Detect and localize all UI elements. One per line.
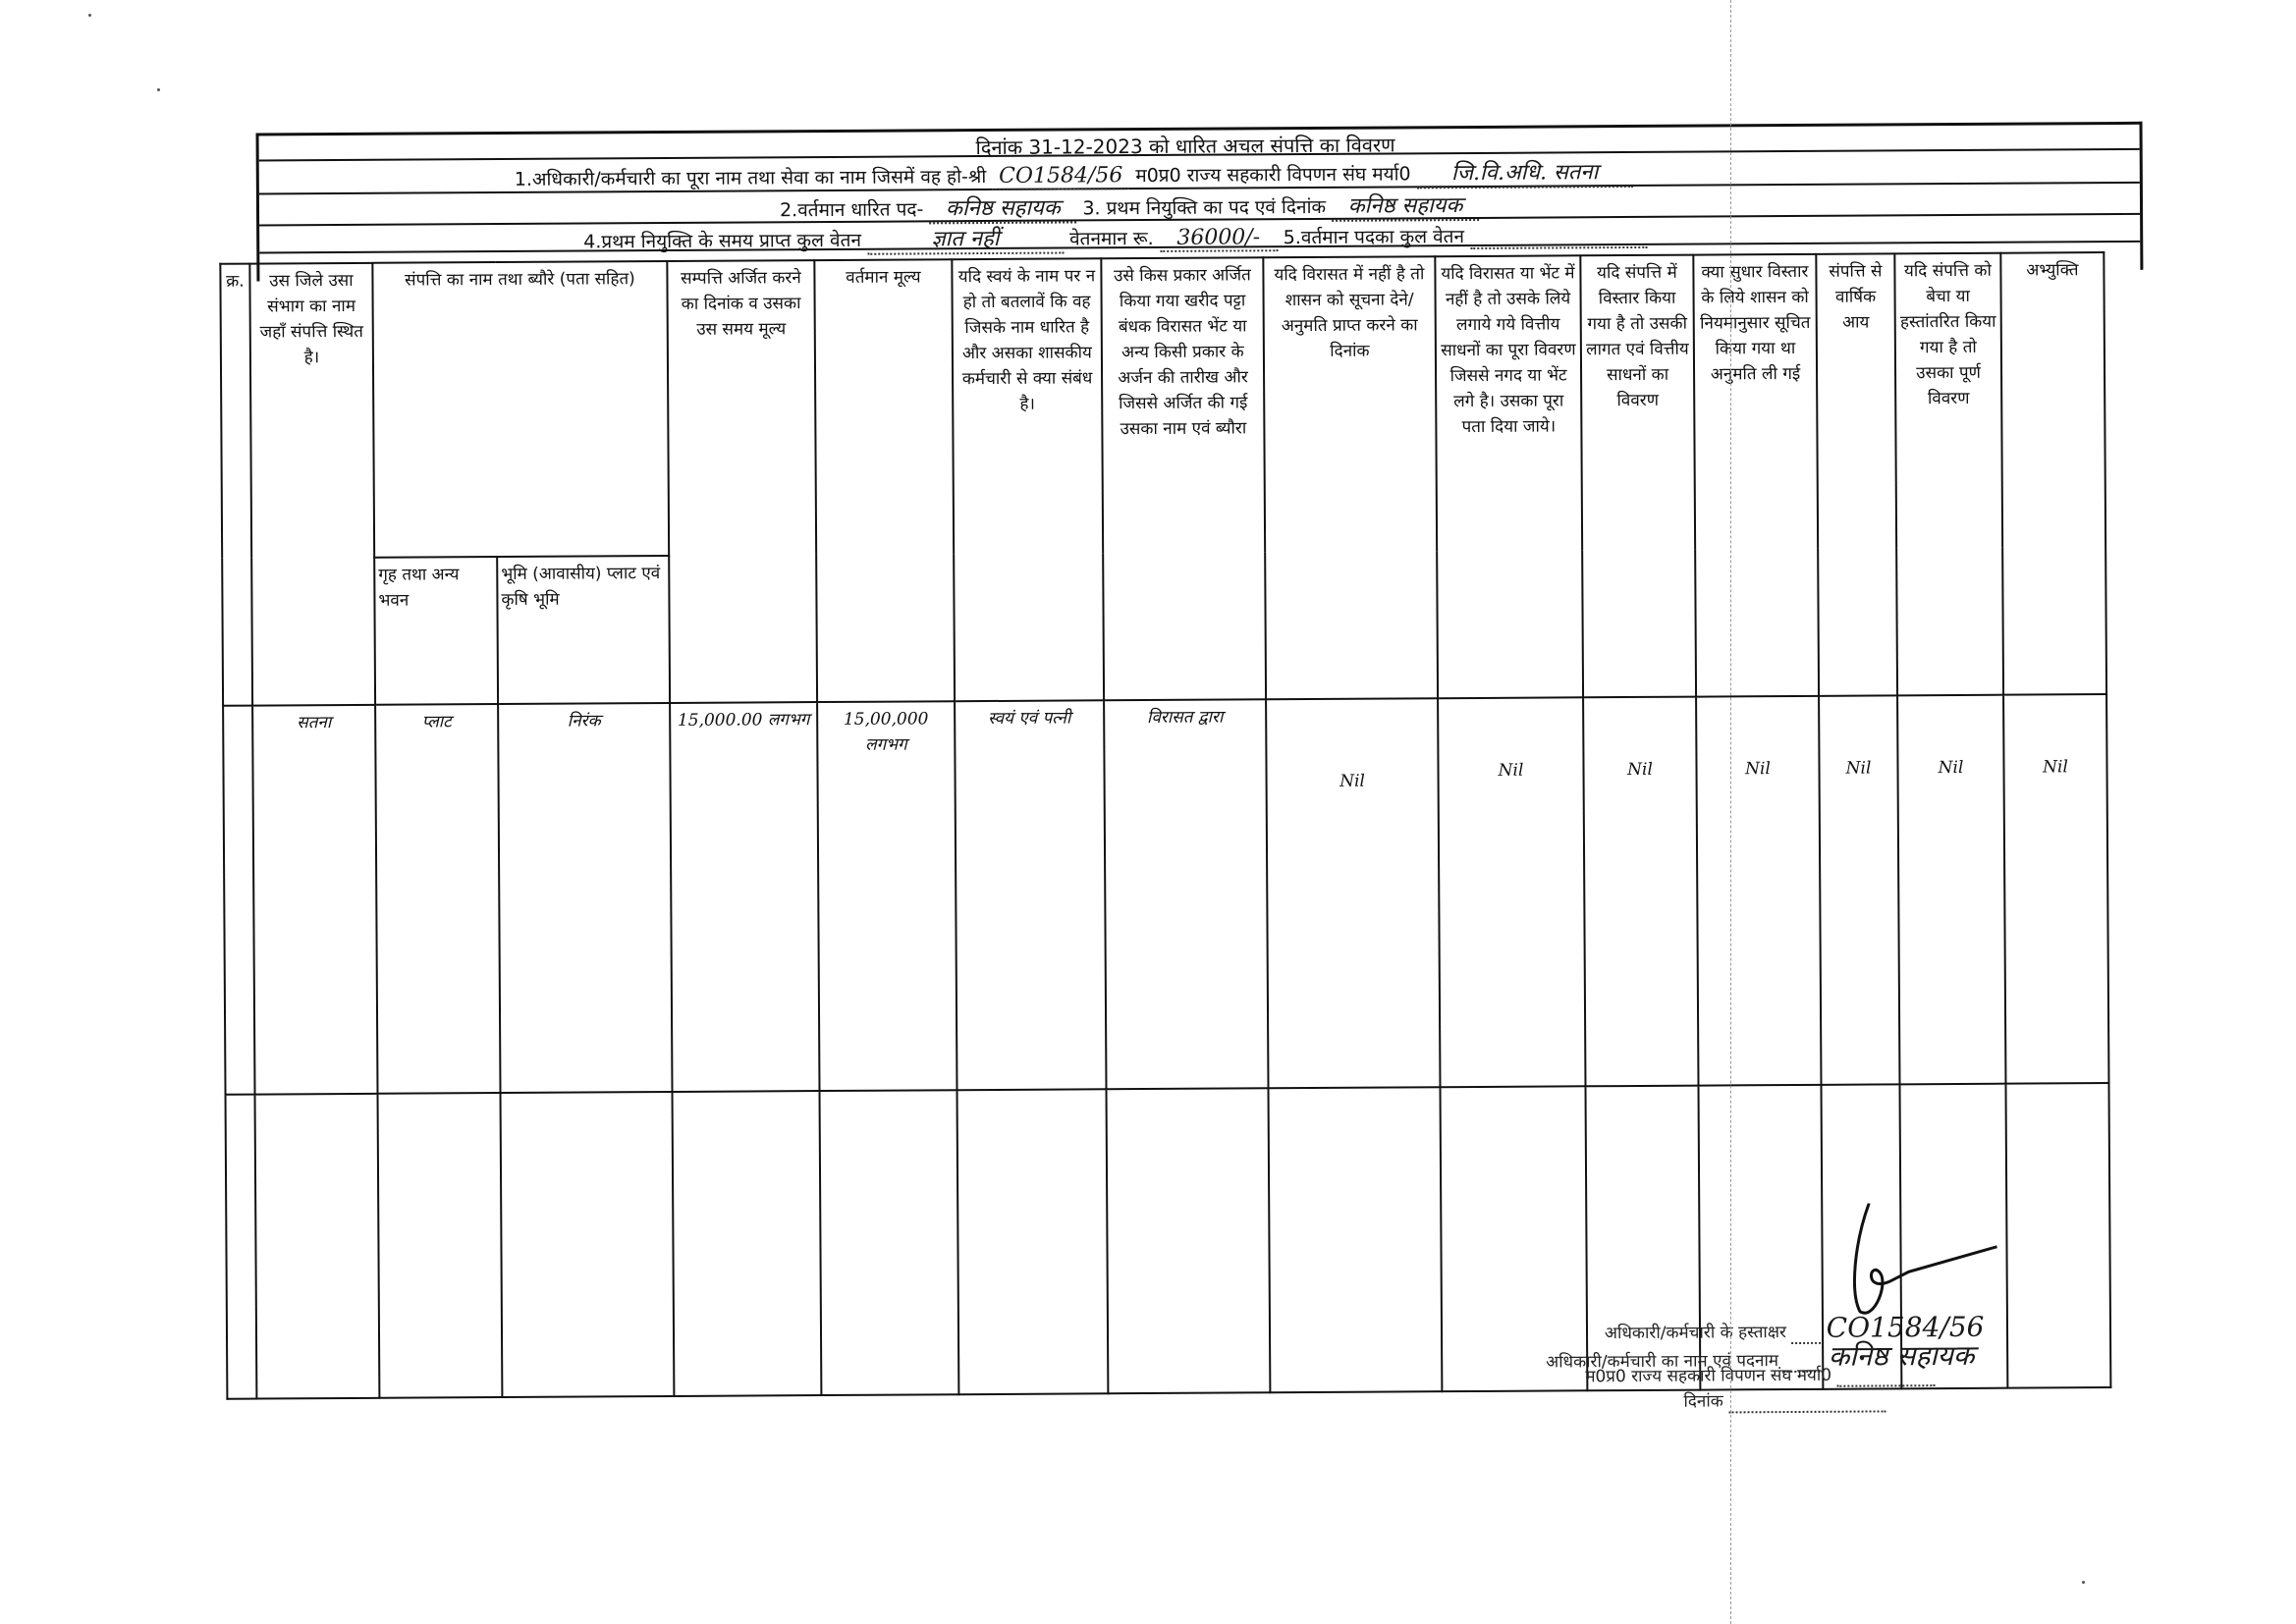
signature-scribble-icon — [1849, 1203, 2007, 1322]
scale-label: वेतनमान रू. — [1069, 228, 1154, 250]
col-subheader-building: गृह तथा अन्य भवन — [374, 557, 498, 705]
document-sheet: दिनांक 31-12-2023 को धारित अचल संपत्ति क… — [0, 0, 2296, 1624]
col-header-acquisition: उसे किस प्रकार अर्जित किया गया खरीद पट्ट… — [1101, 257, 1266, 700]
scan-speck — [157, 88, 160, 91]
table-row: सतना प्लाट निरंक 15,000.00 लगभग 15,00,00… — [223, 694, 2108, 1095]
cell-district: सतना — [252, 705, 377, 1095]
col-header-acquired: सम्पत्ति अर्जित करने का दिनांक व उसका उस… — [667, 260, 817, 703]
field-4-5: 4.प्रथम नियुक्ति के समय प्राप्त कुल वेतन… — [583, 219, 1647, 257]
field-1-label: 1.अधिकारी/कर्मचारी का पूरा नाम तथा सेवा … — [515, 166, 987, 190]
col-header-finance-details: यदि विरासत या भेंट में नहीं है तो उसके ल… — [1435, 255, 1583, 698]
field-3-label: 3. प्रथम नियुक्ति का पद एवं दिनांक — [1082, 196, 1326, 220]
col-header-annual-income: संपत्ति से वार्षिक आय — [1816, 253, 1897, 695]
header-row: क्र. उस जिले उसा संभाग का नाम जहाँ संपत्… — [220, 252, 2105, 559]
field-1-org-value: जि.वि.अधि. सतना — [1417, 156, 1633, 189]
cell-annual-income: Nil — [1819, 695, 1899, 1084]
org-label: म0प्र0 राज्य सहकारी विपणन संघ मर्या0 — [1585, 1366, 1831, 1387]
scale-value: 36000/- — [1160, 225, 1278, 252]
cell-intimation-date: Nil — [1266, 698, 1440, 1088]
field-1-value: CO1584/56 — [992, 163, 1129, 190]
col-header-owner-relation: यदि स्वयं के नाम पर न हो तो बतलावें कि व… — [952, 258, 1104, 701]
cell-owner-relation: स्वयं एवं पत्नी — [955, 700, 1106, 1090]
field-4-value: ज्ञात नहीं — [867, 223, 1064, 255]
cell-sold-details: Nil — [1897, 695, 2005, 1085]
date-label: दिनांक — [1683, 1391, 1722, 1411]
scan-speck — [2082, 1581, 2085, 1584]
cell-remarks: Nil — [2003, 694, 2108, 1084]
col-header-remarks: अभ्युक्ति — [2000, 252, 2106, 695]
col-header-current-value: वर्तमान मूल्य — [814, 259, 955, 702]
signature-block: अधिकारी/कर्मचारी के हस्ताक्षर CO1584/56 … — [1546, 1311, 1985, 1416]
field-3-value: कनिष्ठ सहायक — [1332, 189, 1479, 222]
cell-extension: Nil — [1583, 697, 1698, 1087]
field-5-label: 5.वर्तमान पदका कुल वेतन — [1284, 226, 1464, 248]
cell-acquired: 15,000.00 लगभग — [670, 702, 819, 1092]
col-header-improvement: क्या सुधार विस्तार के लिये शासन को नियमा… — [1693, 254, 1819, 697]
scan-fold-line — [1730, 0, 1731, 1624]
col-header-sold-details: यदि संपत्ति को बेचा या हस्तांतरित किया ग… — [1894, 253, 2003, 696]
col-header-extension: यदि संपत्ति में विस्तार किया गया है तो उ… — [1580, 255, 1696, 698]
field-4-label: 4.प्रथम नियुक्ति के समय प्राप्त कुल वेतन — [583, 230, 861, 253]
cell-land: निरंक — [498, 703, 672, 1093]
property-table: क्र. उस जिले उसा संभाग का नाम जहाँ संपत्… — [219, 251, 2111, 1400]
cell-improvement: Nil — [1696, 696, 1821, 1086]
scan-speck — [88, 14, 91, 17]
col-header-sno: क्र. — [220, 264, 252, 706]
cell-acquisition: विरासत द्वारा — [1104, 699, 1268, 1089]
col-subheader-land: भूमि (आवासीय) प्लाट एवं कृषि भूमि — [497, 556, 670, 704]
col-header-district: उस जिले उसा संभाग का नाम जहाँ संपत्ति स्… — [249, 263, 375, 706]
field-2-value: कनिष्ठ सहायक — [929, 191, 1076, 224]
col-header-intimation-date: यदि विरासत में नहीं है तो शासन को सूचना … — [1263, 256, 1438, 699]
form-title: दिनांक 31-12-2023 को धारित अचल संपत्ति क… — [976, 131, 1395, 160]
cell-current-value: 15,00,000 लगभग — [817, 701, 957, 1091]
cell-building: प्लाट — [375, 704, 500, 1094]
field-2-label: 2.वर्तमान धारित पद- — [780, 198, 923, 221]
cell-finance-details: Nil — [1438, 697, 1585, 1087]
field-1-org: म0प्र0 राज्य सहकारी विपणन संघ मर्या0 — [1135, 163, 1410, 187]
col-header-property: संपत्ति का नाम तथा ब्यौरे (पता सहित) — [372, 261, 669, 558]
cell-sno — [223, 706, 254, 1095]
